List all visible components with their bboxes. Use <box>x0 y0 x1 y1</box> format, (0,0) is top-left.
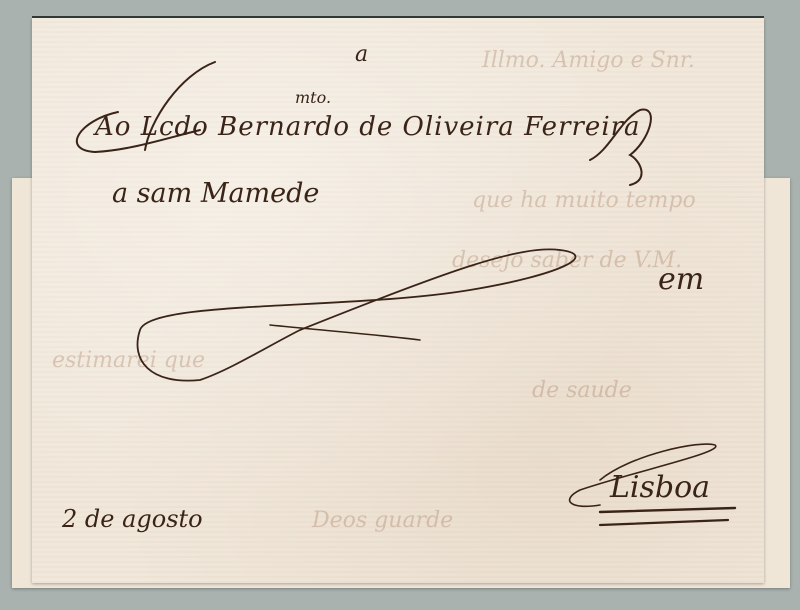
destination-city: Lisboa <box>610 470 710 505</box>
postal-mark: em <box>658 262 704 297</box>
address-superscript: mto. <box>295 88 331 107</box>
address-line-1: Ao Lcdo Bernardo de Oliveira Ferreira <box>95 112 641 142</box>
dateline: 2 de agosto <box>62 505 203 533</box>
address-prefix: a <box>355 42 368 67</box>
address-line-2: a sam Mamede <box>112 178 319 209</box>
